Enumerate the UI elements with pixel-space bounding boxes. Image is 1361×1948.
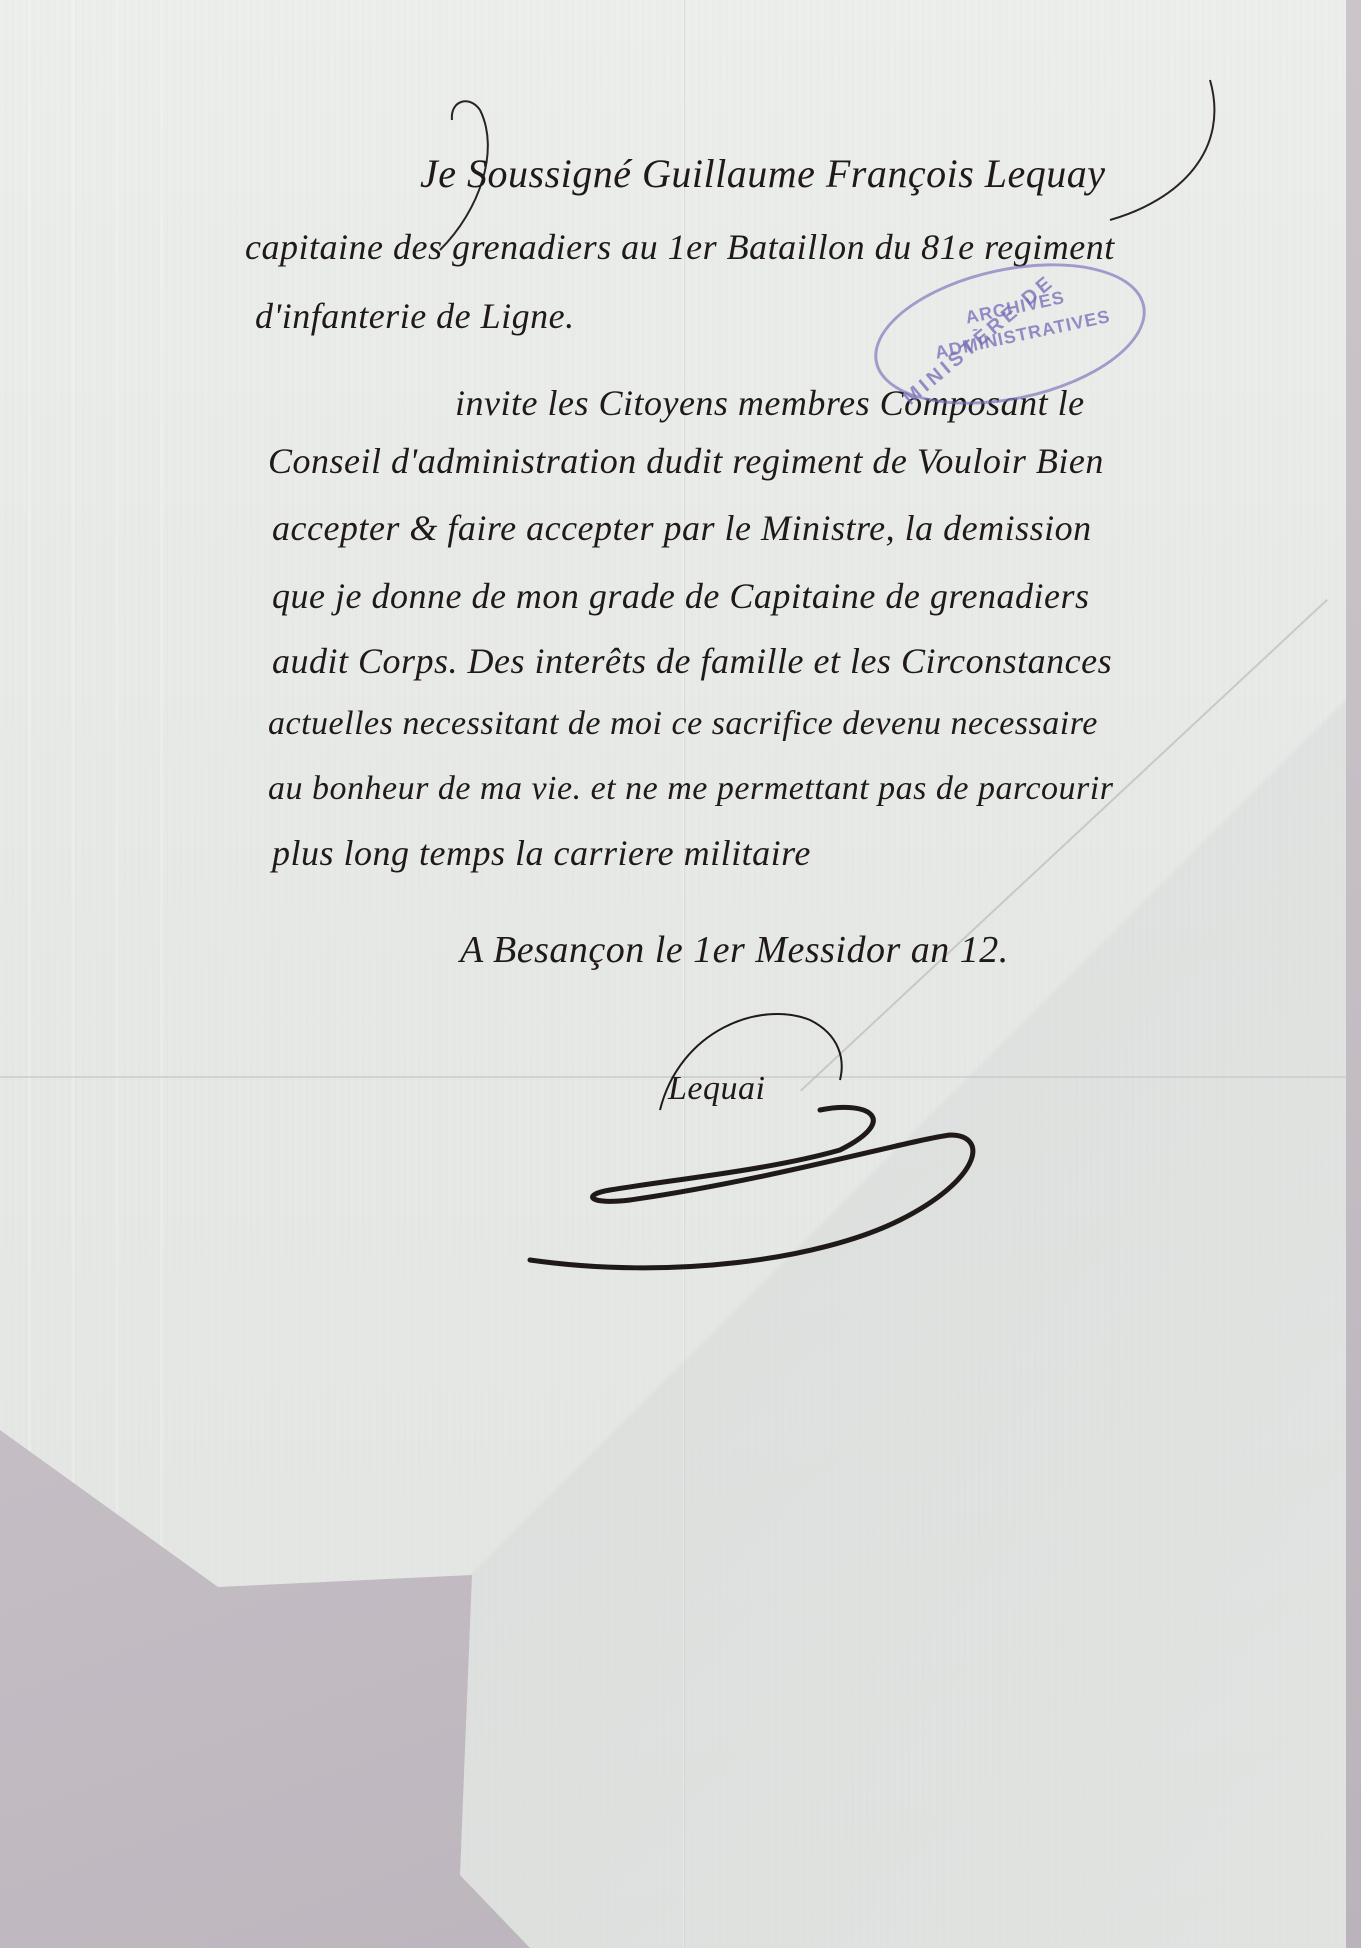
dateline: A Besançon le 1er Messidor an 12. (460, 928, 1009, 972)
signature-paraph-icon (520, 1080, 1000, 1280)
letter-line-8: audit Corps. Des interêts de famille et … (272, 640, 1112, 682)
letter-line-6: accepter & faire accepter par le Ministr… (272, 507, 1092, 549)
letter-line-11: plus long temps la carriere militaire (272, 832, 811, 874)
letter-line-1: Je Soussigné Guillaume François Lequay (420, 150, 1106, 197)
letter-line-2: capitaine des grenadiers au 1er Bataillo… (245, 226, 1115, 268)
letter-line-9: actuelles necessitant de moi ce sacrific… (268, 705, 1098, 743)
letter-line-10: au bonheur de ma vie. et ne me permettan… (268, 770, 1113, 808)
vertical-fold (683, 0, 685, 1948)
letter-line-3: d'infanterie de Ligne. (255, 295, 575, 337)
letter-line-5: Conseil d'administration dudit regiment … (268, 440, 1104, 482)
archives-stamp: MINISTÈRE DE ARCHIVES ADMINISTRATIVES (861, 241, 1158, 427)
letter-line-7: que je donne de mon grade de Capitaine d… (272, 575, 1090, 617)
paper-creases (0, 0, 180, 1600)
